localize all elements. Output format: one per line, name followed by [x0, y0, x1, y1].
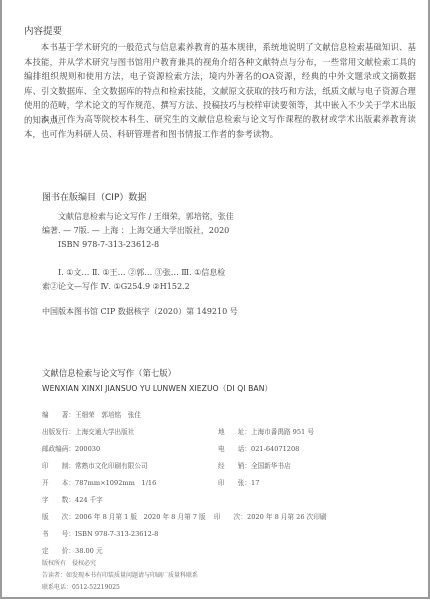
- colophon-edition: 版 次：2006 年 8 月第 1 版 2020 年 8 月第 7 版: [42, 511, 206, 521]
- cip-line-2: 编著. — 7版. — 上海 ：上海交通大学出版社，2020: [42, 224, 229, 238]
- colophon-label: 印 制：: [42, 460, 75, 470]
- colophon-printing: 印 次：2020 年 8 月第 26 次印刷: [214, 511, 326, 521]
- colophon-value: 上海市番禺路 951 号: [251, 428, 314, 436]
- copyright-page: 内容提要 本书基于学术研究的一般范式与信息素养教育的基本规律，系统地说明了文献信…: [0, 0, 430, 599]
- colophon-value: 787mm×1092mm 1/16: [75, 479, 156, 487]
- colophon-phone: 电 话：021-64071208: [218, 443, 299, 453]
- colophon-value: 17: [251, 479, 259, 487]
- abstract-paragraph-2: 本书可作为高等院校本科生、研究生的文献信息检索与论文写作课程的教材或学术出版素养…: [24, 112, 416, 141]
- colophon-label: 字 数：: [42, 494, 75, 504]
- colophon-label: 地 址：: [218, 426, 251, 436]
- colophon-label: 书 号：: [42, 528, 75, 538]
- colophon-label: 版 次：: [42, 511, 75, 521]
- colophon-publisher: 出版发行：上海交通大学出版社: [42, 426, 134, 436]
- colophon-value: 2006 年 8 月第 1 版 2020 年 8 月第 7 版: [75, 513, 206, 521]
- cip-line-1: 文献信息检索与论文写作 / 王细荣，郭培铭，张佳: [58, 210, 234, 224]
- colophon-value: 021-64071208: [251, 445, 299, 453]
- colophon-value: 常熟市文化印刷有限公司: [75, 462, 148, 470]
- cip-classification-1: Ⅰ. ①文… Ⅱ. ①王… ②郭… ③张… Ⅲ. ①信息检: [58, 266, 225, 280]
- colophon-address: 地 址：上海市番禺路 951 号: [218, 426, 314, 436]
- colophon-editors: 编 著：王细荣 郭培铭 张佳: [42, 409, 141, 419]
- colophon-label: 邮政编码：: [42, 443, 75, 453]
- colophon-label: 印 张：: [218, 477, 251, 487]
- colophon-postcode: 邮政编码：200030: [42, 443, 100, 453]
- colophon-word-count: 字 数：424 千字: [42, 494, 103, 504]
- colophon-isbn: 书 号：ISBN 978-7-313-23612-8: [42, 528, 158, 538]
- colophon-value: 200030: [75, 445, 100, 453]
- colophon-value: 424 千字: [75, 496, 103, 504]
- colophon-value: 王细荣 郭培铭 张佳: [75, 411, 141, 419]
- colophon-label: 出版发行：: [42, 426, 75, 436]
- colophon-label: 经 销：: [218, 460, 251, 470]
- cip-verification: 中国版本图书馆 CIP 数据核字（2020）第 149210 号: [42, 305, 238, 319]
- colophon-label: 电 话：: [218, 443, 251, 453]
- colophon-value: 38.00 元: [75, 547, 103, 555]
- cip-isbn: ISBN 978-7-313-23612-8: [58, 238, 159, 252]
- colophon-sheets: 印 张：17: [218, 477, 259, 487]
- colophon-distributor: 经 销：全国新华书店: [218, 460, 291, 470]
- colophon-format: 开 本：787mm×1092mm 1/16: [42, 477, 156, 487]
- colophon-value: ISBN 978-7-313-23612-8: [75, 530, 158, 538]
- colophon-value: 2020 年 8 月第 26 次印刷: [247, 513, 326, 521]
- quality-notice: 告读者：如发现本书有印装质量问题请与印刷厂质量科联系: [42, 570, 198, 579]
- book-title-pinyin: WENXIAN XINXI JIANSUO YU LUNWEN XIEZUO（D…: [42, 383, 272, 394]
- contact-phone: 联系电话：0512-52219025: [42, 582, 120, 591]
- abstract-heading: 内容提要: [24, 23, 62, 37]
- cip-heading: 图书在版编目（CIP）数据: [42, 190, 146, 203]
- colophon-printer: 印 制：常熟市文化印刷有限公司: [42, 460, 148, 470]
- colophon-label: 印 次：: [214, 511, 247, 521]
- rights-notice: 版权所有 侵权必究: [42, 558, 96, 567]
- colophon-label: 编 著：: [42, 409, 75, 419]
- colophon-label: 开 本：: [42, 477, 75, 487]
- cip-classification-2: 索②论文—写作 Ⅳ. ①G254.9 ②H152.2: [42, 280, 190, 294]
- book-title-cn: 文献信息检索与论文写作（第七版）: [42, 367, 176, 379]
- colophon-price: 定 价：38.00 元: [42, 545, 103, 555]
- colophon-value: 全国新华书店: [251, 462, 291, 470]
- colophon-label: 定 价：: [42, 545, 75, 555]
- colophon-value: 上海交通大学出版社: [75, 428, 134, 436]
